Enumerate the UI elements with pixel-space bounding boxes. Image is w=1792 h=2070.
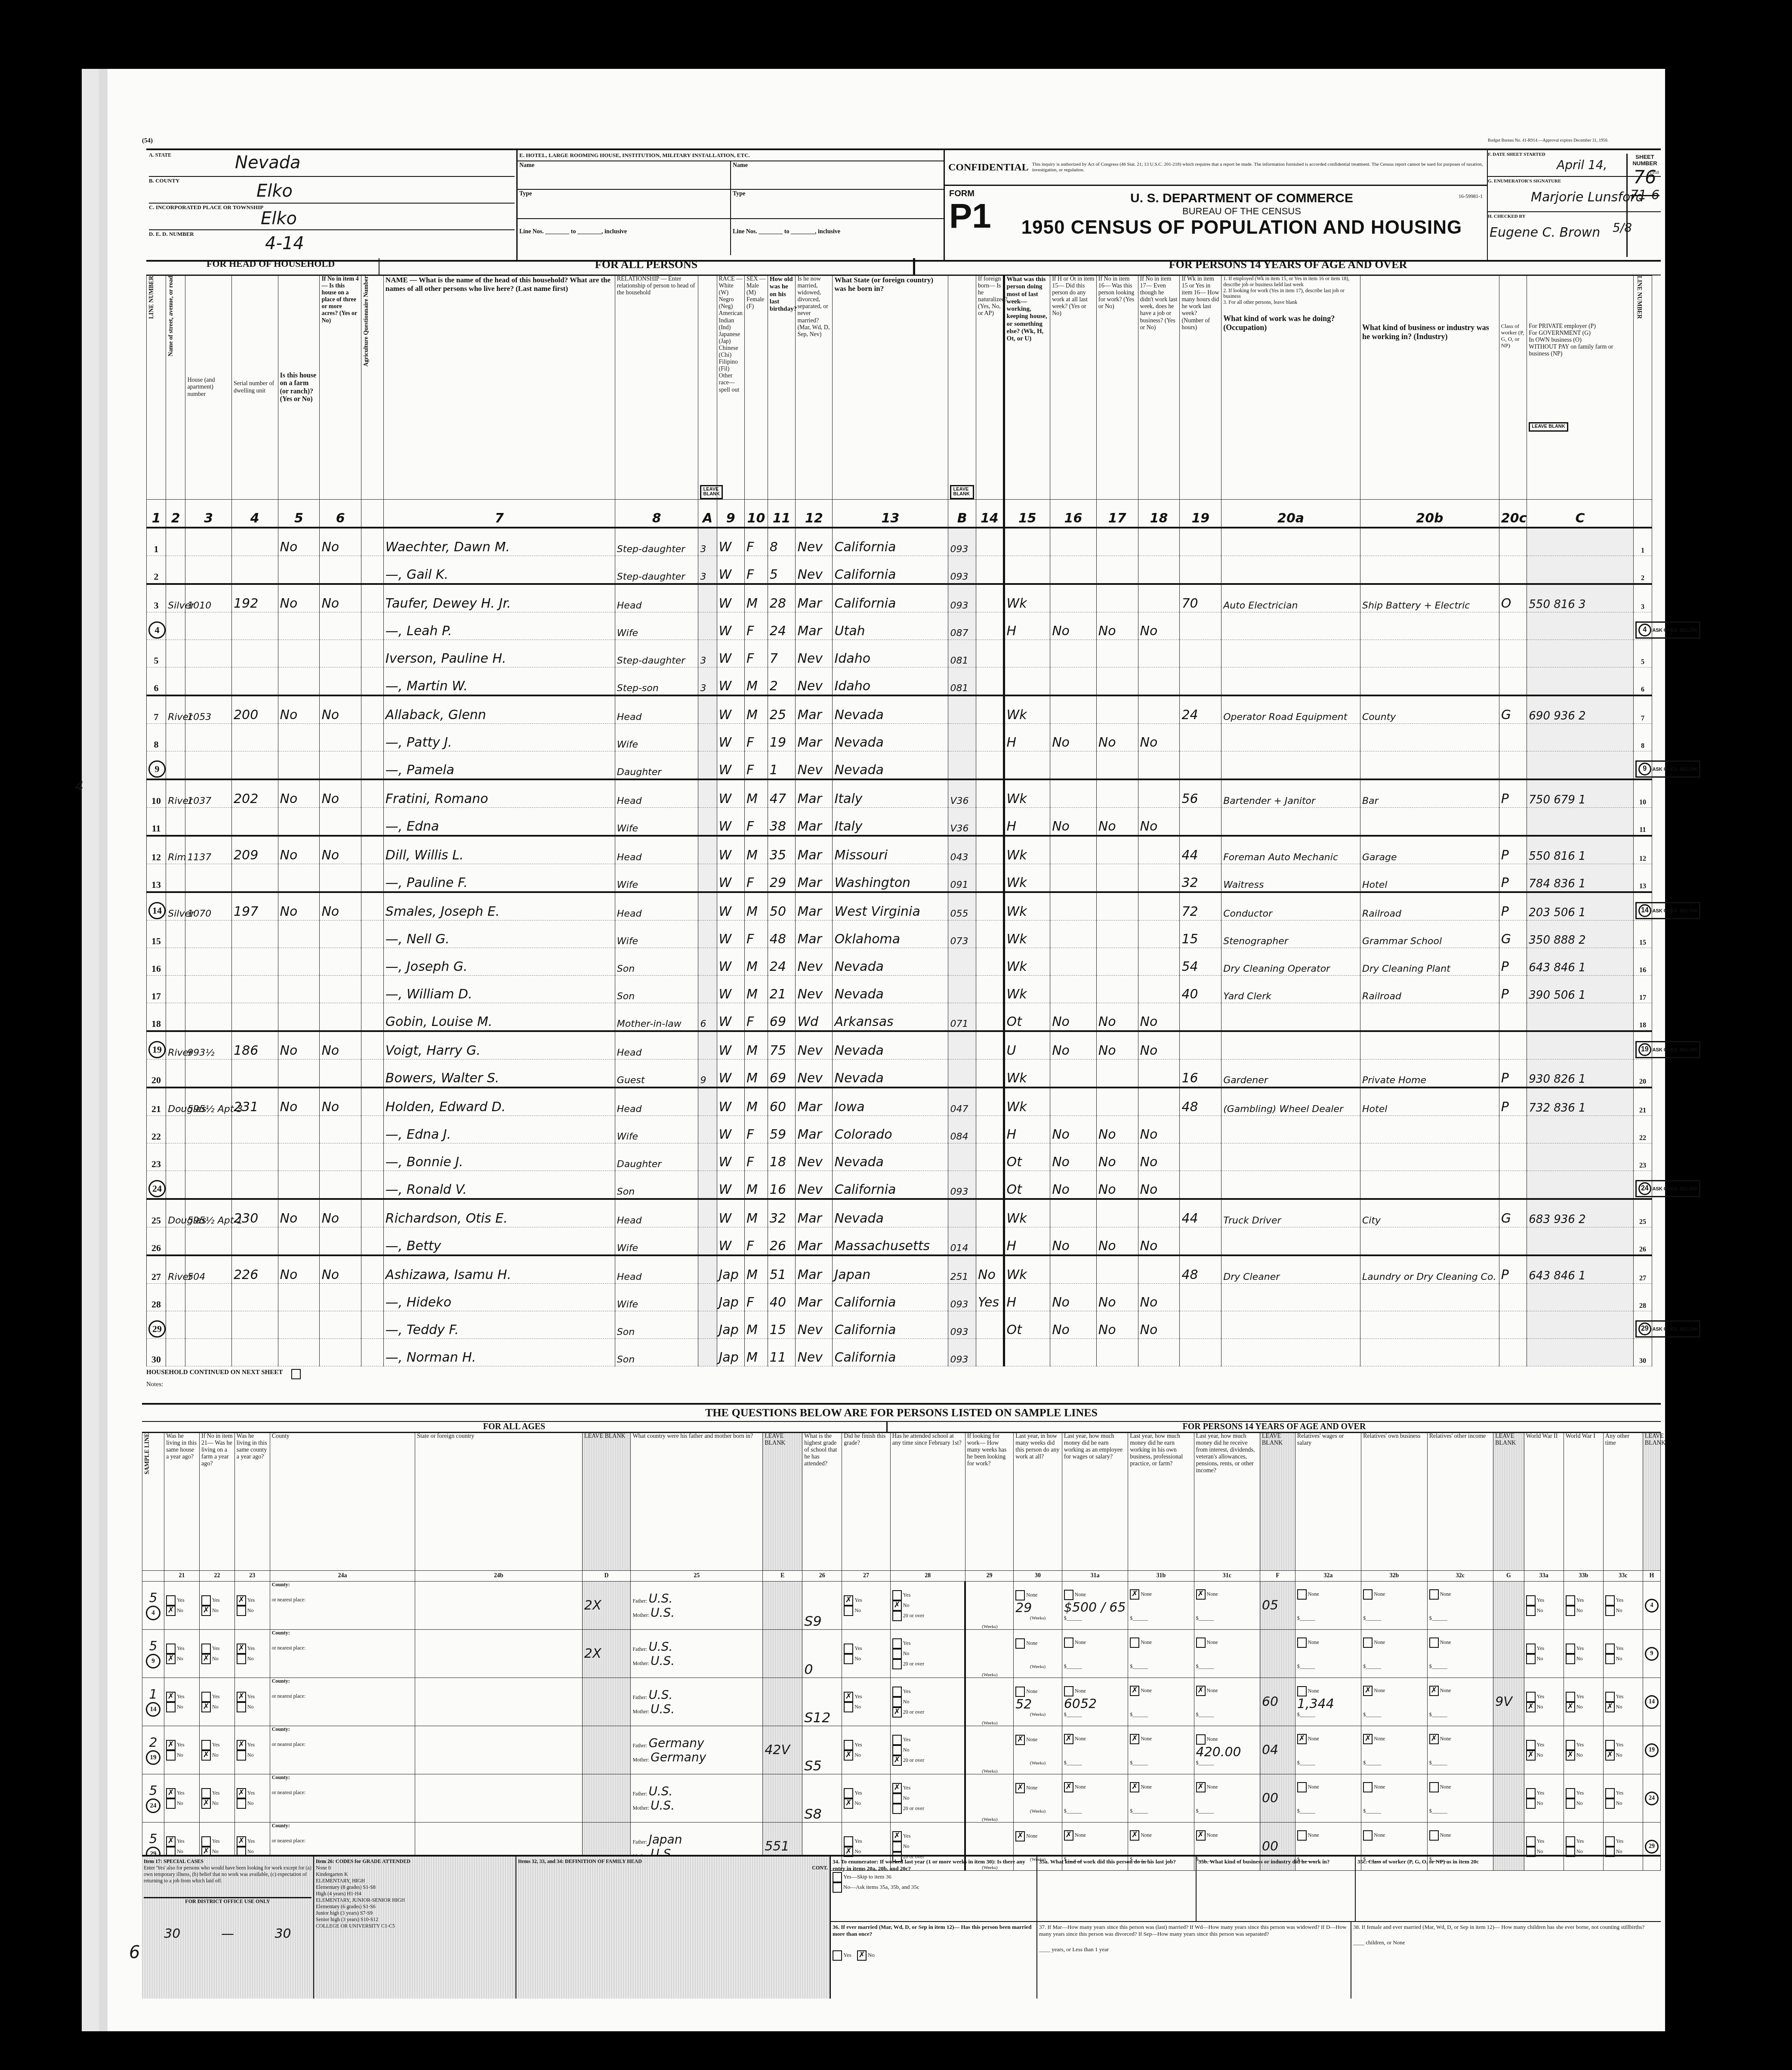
cell-serial [231, 1003, 278, 1032]
c23-yes-checkbox[interactable]: ✗ [237, 1595, 246, 1606]
q34-yes-checkbox[interactable] [833, 1872, 842, 1882]
table-row: 1NoNoWaechter, Dawn M.Step-daughter3WF8N… [147, 528, 1652, 556]
cell-c18: No [1138, 1116, 1180, 1143]
c28-20-over-checkbox[interactable]: ✗ [892, 1755, 902, 1766]
c33c-no-checkbox[interactable] [1605, 1606, 1615, 1616]
sample-line-number: 524 [142, 1774, 164, 1823]
c31b-none-checkbox[interactable]: ✗ [1130, 1734, 1139, 1744]
cell-occ [1221, 724, 1360, 751]
c28-20-over-checkbox[interactable] [892, 1659, 902, 1669]
cell-occ [1221, 1227, 1360, 1256]
c31b-none-checkbox[interactable] [1130, 1637, 1139, 1648]
cell-sex: F [745, 921, 768, 948]
c33a-no-checkbox[interactable] [1526, 1606, 1536, 1616]
cell-born: California [833, 528, 948, 556]
c22-no-checkbox[interactable]: ✗ [201, 1798, 211, 1809]
weeks-none-checkbox[interactable] [1015, 1638, 1025, 1649]
cell-serial [231, 1339, 278, 1366]
cell-a [698, 864, 717, 893]
c33a-no-checkbox[interactable]: ✗ [1526, 1702, 1536, 1712]
cell-occ: Truck Driver [1221, 1199, 1360, 1227]
c33c-yes-checkbox[interactable] [1605, 1836, 1615, 1847]
c32c-none-checkbox[interactable] [1429, 1782, 1439, 1792]
c32c-none-checkbox[interactable]: ✗ [1429, 1686, 1439, 1696]
cell-25: Father: GermanyMother: Germany [631, 1726, 763, 1774]
c31a-none-checkbox[interactable] [1064, 1590, 1073, 1600]
c32b-none-checkbox[interactable]: ✗ [1363, 1734, 1373, 1744]
lower-col-head-29: If looking for work— How many weeks has … [965, 1433, 1014, 1571]
c23-no-checkbox[interactable] [237, 1654, 246, 1664]
cell-street [166, 724, 185, 751]
c32a-none-checkbox[interactable]: ✗ [1297, 1734, 1307, 1744]
cell-cls [1499, 1227, 1527, 1256]
c22-yes-checkbox[interactable] [201, 1788, 211, 1798]
c27-no-checkbox[interactable] [844, 1606, 853, 1616]
c33a-no-checkbox[interactable]: ✗ [1526, 1750, 1536, 1761]
cell-acres [320, 1311, 361, 1339]
c22-yes-checkbox[interactable] [201, 1595, 211, 1606]
c31a-none-checkbox[interactable]: ✗ [1064, 1734, 1073, 1744]
cell-farm [278, 612, 320, 640]
sample-line-marker: 9 [148, 760, 166, 778]
cell-age: 47 [768, 779, 796, 808]
line-number-right: 23 [1633, 1143, 1652, 1171]
c21-yes-checkbox[interactable]: ✗ [166, 1836, 176, 1847]
line-number-right: 16 [1633, 948, 1652, 976]
cell-b: 091 [948, 864, 976, 893]
col-num: 31a [1062, 1571, 1128, 1582]
col-num: 33a [1524, 1571, 1564, 1582]
cell-E [763, 1774, 802, 1823]
c28-20-over-checkbox[interactable] [892, 1611, 902, 1621]
c33c-yes-checkbox[interactable] [1605, 1740, 1615, 1750]
cell-code: 930 826 1 [1527, 1060, 1633, 1088]
cell-street: Silver [166, 892, 185, 921]
cell-H: 4 [1643, 1582, 1660, 1630]
c31a-none-checkbox[interactable] [1064, 1686, 1073, 1696]
c31a-none-checkbox[interactable]: ✗ [1064, 1830, 1073, 1841]
table-row: 27River504226NoNoAshizawa, Isamu H.HeadJ… [147, 1255, 1652, 1284]
c22-yes-checkbox[interactable] [201, 1836, 211, 1847]
c27-yes-checkbox[interactable] [844, 1836, 853, 1847]
c33b-yes-checkbox[interactable] [1566, 1788, 1575, 1798]
col-num: A [698, 500, 717, 528]
line-number: 21 [147, 1088, 166, 1116]
col-num: 29 [965, 1571, 1014, 1582]
line-number-right: 17 [1633, 976, 1652, 1003]
c28-no-checkbox[interactable] [892, 1793, 902, 1804]
cell-a [698, 1171, 717, 1199]
cell-cls [1499, 1003, 1527, 1032]
cell-hours: 48 [1180, 1255, 1221, 1284]
cell-c15 [1004, 1339, 1050, 1366]
c32c-none-checkbox[interactable] [1429, 1589, 1439, 1600]
c32c-none-checkbox[interactable] [1429, 1637, 1439, 1648]
col-num: 1 [147, 500, 166, 528]
cell-32b: ✗None$______ [1361, 1726, 1427, 1774]
c23-yes-checkbox[interactable]: ✗ [237, 1788, 246, 1798]
c28-yes-checkbox[interactable]: ✗ [892, 1783, 902, 1793]
cell-cls [1499, 1116, 1527, 1143]
cell-32a: ✗None$______ [1295, 1726, 1361, 1774]
c32b-none-checkbox[interactable] [1363, 1782, 1373, 1792]
cell-acres [320, 640, 361, 667]
cell-sex: M [745, 1060, 768, 1088]
c32c-none-checkbox[interactable] [1429, 1830, 1439, 1841]
cell-22: Yes✗No [199, 1678, 234, 1726]
c32a-none-checkbox[interactable] [1297, 1686, 1307, 1696]
c21-no-checkbox[interactable] [166, 1702, 176, 1712]
c27-no-checkbox[interactable] [844, 1702, 853, 1712]
c21-no-checkbox[interactable]: ✗ [166, 1606, 176, 1616]
c21-yes-checkbox[interactable] [166, 1595, 176, 1606]
cell-name: —, Teddy F. [383, 1311, 615, 1339]
c22-no-checkbox[interactable]: ✗ [201, 1606, 211, 1616]
line-number: 1 [147, 528, 166, 556]
cell-a [698, 948, 717, 976]
cell-serial: 186 [231, 1031, 278, 1060]
c32b-none-checkbox[interactable] [1363, 1637, 1373, 1648]
county-label: b. COUNTY [149, 177, 180, 184]
sample-line-number: 114 [142, 1678, 164, 1726]
cell-race: W [717, 724, 745, 751]
c31a-none-checkbox[interactable]: ✗ [1064, 1782, 1073, 1792]
cell-ind [1360, 808, 1499, 836]
c23-no-checkbox[interactable] [237, 1606, 246, 1616]
cell-D [582, 1726, 631, 1774]
c33c-yes-checkbox[interactable] [1605, 1595, 1615, 1606]
c22-yes-checkbox[interactable] [201, 1692, 211, 1702]
col-num: 19 [1180, 500, 1221, 528]
c33c-no-checkbox[interactable]: ✗ [1605, 1702, 1615, 1712]
cell-name: —, Gail K. [383, 556, 615, 584]
cell-32c: None$______ [1427, 1774, 1493, 1823]
col-num: 32b [1361, 1571, 1427, 1582]
c28-yes-checkbox[interactable] [892, 1687, 902, 1697]
cell-born: Missouri [833, 836, 948, 864]
c32a-none-checkbox[interactable] [1297, 1589, 1307, 1600]
c23-yes-checkbox[interactable]: ✗ [237, 1836, 246, 1847]
cell-c17 [1096, 921, 1138, 948]
cell-born: Japan [833, 1255, 948, 1284]
c23-yes-checkbox[interactable]: ✗ [237, 1644, 246, 1654]
cell-marital: Mar [796, 836, 833, 864]
cell-race: Jap [717, 1311, 745, 1339]
cell-c17: No [1096, 724, 1138, 751]
cell-24a: County:or nearest place: [270, 1774, 415, 1823]
c32b-none-checkbox[interactable] [1363, 1830, 1373, 1841]
c23-no-checkbox[interactable] [237, 1702, 246, 1712]
cell-27: ✗YesNo [842, 1678, 891, 1726]
cell-race: W [717, 556, 745, 584]
cell-age: 40 [768, 1284, 796, 1311]
cell-nat [976, 1143, 1004, 1171]
c28-no-checkbox[interactable] [892, 1649, 902, 1659]
c32a-none-checkbox[interactable] [1297, 1782, 1307, 1792]
cell-a: 3 [698, 640, 717, 667]
line-number: 8 [147, 724, 166, 751]
col-head-15: What was this person doing most of last … [1004, 276, 1050, 500]
col-head-6a: Agriculture Questionnaire Number [361, 276, 384, 500]
c31a-none-checkbox[interactable] [1064, 1637, 1073, 1648]
cell-33b: Yes✗No [1564, 1726, 1603, 1774]
cell-name: —, Norman H. [383, 1339, 615, 1366]
c33b-no-checkbox[interactable] [1566, 1654, 1575, 1664]
table-row: 5Iverson, Pauline H.Step-daughter3WF7Nev… [147, 640, 1652, 667]
c21-yes-checkbox[interactable]: ✗ [166, 1740, 176, 1750]
cell-c15 [1004, 667, 1050, 696]
c33b-yes-checkbox[interactable] [1566, 1740, 1575, 1750]
table-row: 11—, EdnaWifeWF38MarItalyV36HNoNoNo11 [147, 808, 1652, 836]
c32a-none-checkbox[interactable] [1297, 1637, 1307, 1648]
c33a-yes-checkbox[interactable] [1526, 1836, 1536, 1847]
c33b-yes-checkbox[interactable] [1566, 1692, 1575, 1702]
cell-house: 1137 [185, 836, 232, 864]
line-number-right: 3 [1633, 584, 1652, 612]
c27-yes-checkbox[interactable]: ✗ [844, 1692, 853, 1702]
c28-no-checkbox[interactable] [892, 1841, 902, 1852]
c22-yes-checkbox[interactable] [201, 1740, 211, 1750]
cell-b [948, 948, 976, 976]
c22-no-checkbox[interactable]: ✗ [201, 1654, 211, 1664]
cell-31c: None$______ [1194, 1630, 1260, 1678]
line-number-right: 6 [1633, 667, 1652, 696]
cell-ind [1360, 1171, 1499, 1199]
c33b-no-checkbox[interactable]: ✗ [1566, 1702, 1575, 1712]
c27-yes-checkbox[interactable] [844, 1644, 853, 1654]
sheet-number-box: SHEET NUMBER 76 71-6 [1626, 154, 1662, 257]
cell-serial [231, 948, 278, 976]
cell-c16: No [1050, 1171, 1097, 1199]
line-number-right: 24 ASK QUES. BELOW [1633, 1171, 1652, 1199]
cell-c17 [1096, 1255, 1138, 1284]
c28-yes-checkbox[interactable] [892, 1735, 902, 1745]
c27-no-checkbox[interactable]: ✗ [844, 1750, 853, 1761]
c33a-no-checkbox[interactable] [1526, 1798, 1536, 1809]
c23-no-checkbox[interactable] [237, 1750, 246, 1761]
c31b-none-checkbox[interactable]: ✗ [1130, 1589, 1139, 1600]
cell-c18 [1138, 836, 1180, 864]
line-number-right: 8 [1633, 724, 1652, 751]
cell-name: —, Leah P. [383, 612, 615, 640]
cell-c15: Wk [1004, 779, 1050, 808]
cell-name: Bowers, Walter S. [383, 1060, 615, 1088]
lower-col-head-32b: Relatives' own business [1361, 1433, 1427, 1571]
cell-sex: M [745, 1311, 768, 1339]
c28-yes-checkbox[interactable] [892, 1638, 902, 1649]
cell-farm: No [278, 584, 320, 612]
c33a-yes-checkbox[interactable] [1526, 1595, 1536, 1606]
c33a-yes-checkbox[interactable] [1526, 1740, 1536, 1750]
c23-no-checkbox[interactable] [237, 1798, 246, 1809]
cell-occ [1221, 1116, 1360, 1143]
c31c-none-checkbox[interactable]: ✗ [1196, 1686, 1206, 1696]
c31b-none-checkbox[interactable]: ✗ [1130, 1686, 1139, 1696]
sheet-number: 76 [1628, 167, 1662, 188]
line-number: 26 [147, 1227, 166, 1256]
c21-yes-checkbox[interactable]: ✗ [166, 1692, 176, 1702]
c28-yes-checkbox[interactable]: ✗ [892, 1831, 902, 1841]
cell-house [185, 556, 232, 584]
cell-house [185, 1339, 232, 1366]
date-value: April 14, [1557, 158, 1607, 172]
c28-yes-checkbox[interactable] [892, 1590, 902, 1600]
c27-yes-checkbox[interactable] [844, 1740, 853, 1750]
c33b-yes-checkbox[interactable] [1566, 1595, 1575, 1606]
c28-no-checkbox[interactable]: ✗ [892, 1600, 902, 1611]
col-head-19: If Wk in item 15 or Yes in item 16— How … [1180, 276, 1221, 500]
cell-32a: None$______ [1295, 1582, 1361, 1630]
cell-b: 093 [948, 1284, 976, 1311]
cell-marital: Nev [796, 1171, 833, 1199]
c33c-no-checkbox[interactable] [1605, 1654, 1615, 1664]
c33b-no-checkbox[interactable]: ✗ [1566, 1750, 1575, 1761]
cell-agriculture-number [361, 667, 384, 696]
cell-c15: H [1004, 1116, 1050, 1143]
line-number-right: 22 [1633, 1116, 1652, 1143]
c33b-no-checkbox[interactable] [1566, 1798, 1575, 1809]
col-num: 12 [796, 500, 833, 528]
cell-code: 203 506 1 [1527, 892, 1633, 921]
c21-no-checkbox[interactable]: ✗ [166, 1654, 176, 1664]
cell-serial [231, 1143, 278, 1171]
c28-no-checkbox[interactable] [892, 1745, 902, 1755]
lower-col-head-31a: Last year, how much money did he earn wo… [1062, 1433, 1128, 1571]
cell-code: 550 816 1 [1527, 836, 1633, 864]
weeks-none-checkbox[interactable]: ✗ [1015, 1783, 1025, 1793]
cell-cls: G [1499, 695, 1527, 724]
c33a-yes-checkbox[interactable] [1526, 1644, 1536, 1654]
cell-agriculture-number [361, 584, 384, 612]
cell-b: 093 [948, 1311, 976, 1339]
c23-yes-checkbox[interactable]: ✗ [237, 1692, 246, 1702]
cell-hours [1180, 1339, 1221, 1366]
cell-29: (Weeks) [965, 1726, 1014, 1774]
c33b-yes-checkbox[interactable] [1566, 1836, 1575, 1847]
cell-acres: No [320, 1199, 361, 1227]
cell-23: ✗YesNo [234, 1726, 270, 1774]
cell-c15: U [1004, 1031, 1050, 1060]
c27-no-checkbox[interactable] [844, 1654, 853, 1664]
q36-yes-checkbox[interactable] [833, 1950, 842, 1961]
cell-c18 [1138, 1339, 1180, 1366]
cell-serial: 197 [231, 892, 278, 921]
cell-acres [320, 948, 361, 976]
cell-born: Nevada [833, 1199, 948, 1227]
q34-no-checkbox[interactable] [833, 1882, 842, 1893]
cell-code [1527, 1143, 1633, 1171]
c33c-no-checkbox[interactable]: ✗ [1605, 1750, 1615, 1761]
cell-29: (Weeks) [965, 1630, 1014, 1678]
c31c-none-checkbox[interactable] [1196, 1734, 1206, 1745]
c22-no-checkbox[interactable]: ✗ [201, 1750, 211, 1761]
cell-acres: No [320, 695, 361, 724]
cell-name: —, Bonnie J. [383, 1143, 615, 1171]
c23-yes-checkbox[interactable]: ✗ [237, 1740, 246, 1750]
cell-24b [415, 1678, 583, 1726]
c32c-none-checkbox[interactable]: ✗ [1429, 1734, 1439, 1744]
cell-acres [320, 1284, 361, 1311]
cell-street [166, 1171, 185, 1199]
cell-ind [1360, 612, 1499, 640]
c28-no-checkbox[interactable] [892, 1697, 902, 1707]
institution-type-label-1: Type [518, 190, 730, 219]
c31b-none-checkbox[interactable]: ✗ [1130, 1782, 1139, 1792]
cell-name: Taufer, Dewey H. Jr. [383, 584, 615, 612]
col-head-11: How old was he on his last birthday? [768, 276, 796, 500]
c33a-yes-checkbox[interactable] [1526, 1692, 1536, 1702]
lower-col-head-D: LEAVE BLANK [582, 1433, 631, 1571]
c27-yes-checkbox[interactable] [844, 1788, 853, 1798]
c33b-yes-checkbox[interactable] [1566, 1644, 1575, 1654]
col-head-B: LEAVE BLANK [948, 276, 976, 500]
cell-cls: P [1499, 948, 1527, 976]
c33b-no-checkbox[interactable] [1566, 1606, 1575, 1616]
cell-serial [231, 1060, 278, 1088]
cell-c18 [1138, 1255, 1180, 1284]
c31c-none-checkbox[interactable] [1196, 1637, 1206, 1648]
c22-yes-checkbox[interactable] [201, 1644, 211, 1654]
c21-no-checkbox[interactable] [166, 1798, 176, 1809]
cell-c18 [1138, 948, 1180, 976]
lower-col-head-E: LEAVE BLANK [763, 1433, 802, 1571]
cell-sex: M [745, 1339, 768, 1366]
weeks-none-checkbox[interactable] [1015, 1687, 1025, 1697]
q36-no-checkbox[interactable]: ✗ [857, 1950, 867, 1961]
cell-c15: Wk [1004, 976, 1050, 1003]
c33a-no-checkbox[interactable] [1526, 1654, 1536, 1664]
c33c-yes-checkbox[interactable] [1605, 1788, 1615, 1798]
c27-yes-checkbox[interactable]: ✗ [844, 1595, 853, 1606]
c27-no-checkbox[interactable]: ✗ [844, 1798, 853, 1809]
c22-no-checkbox[interactable]: ✗ [201, 1702, 211, 1712]
c28-20-over-checkbox[interactable] [892, 1804, 902, 1814]
c21-yes-checkbox[interactable] [166, 1644, 176, 1654]
c28-20-over-checkbox[interactable]: ✗ [892, 1707, 902, 1718]
line-number: 3 [147, 584, 166, 612]
cell-occ: (Gambling) Wheel Dealer [1221, 1088, 1360, 1116]
c32a-none-checkbox[interactable] [1297, 1830, 1307, 1841]
col-num: 25 [631, 1571, 763, 1582]
c32b-none-checkbox[interactable]: ✗ [1363, 1686, 1373, 1696]
weeks-none-checkbox[interactable]: ✗ [1015, 1831, 1025, 1841]
cell-age: 8 [768, 528, 796, 556]
c31c-none-checkbox[interactable]: ✗ [1196, 1830, 1206, 1841]
c33c-yes-checkbox[interactable] [1605, 1644, 1615, 1654]
c31c-none-checkbox[interactable]: ✗ [1196, 1782, 1206, 1792]
c21-yes-checkbox[interactable]: ✗ [166, 1788, 176, 1798]
c21-no-checkbox[interactable] [166, 1750, 176, 1761]
cell-agriculture-number [361, 528, 384, 556]
c33c-no-checkbox[interactable] [1605, 1798, 1615, 1809]
c33a-yes-checkbox[interactable] [1526, 1788, 1536, 1798]
household-continued-checkbox[interactable] [291, 1369, 301, 1379]
line-number-right: 2 [1633, 556, 1652, 584]
cell-b [948, 724, 976, 751]
weeks-none-checkbox[interactable] [1015, 1590, 1025, 1600]
weeks-none-checkbox[interactable]: ✗ [1015, 1735, 1025, 1745]
cell-hours [1180, 1143, 1221, 1171]
c31c-none-checkbox[interactable]: ✗ [1196, 1589, 1206, 1600]
cell-ind [1360, 1143, 1499, 1171]
cell-street [166, 1116, 185, 1143]
cell-code: 643 846 1 [1527, 1255, 1633, 1284]
c33c-yes-checkbox[interactable] [1605, 1692, 1615, 1702]
line-number-right: 20 [1633, 1060, 1652, 1088]
c31b-none-checkbox[interactable]: ✗ [1130, 1830, 1139, 1841]
cell-E [763, 1678, 802, 1726]
c32b-none-checkbox[interactable] [1363, 1589, 1373, 1600]
